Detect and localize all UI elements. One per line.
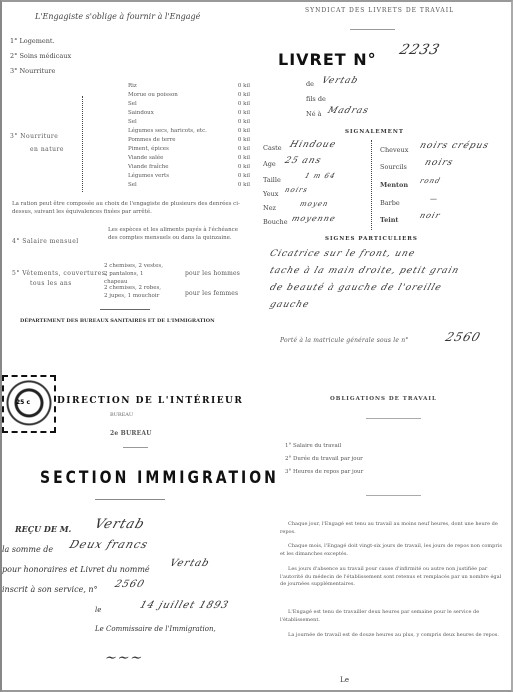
- commissaire-label: Le Commissaire de l'Immigration,: [95, 625, 216, 633]
- direction-heading: DIRECTION DE L'INTÉRIEUR: [57, 396, 243, 406]
- engagiste-title: L'Engagiste s'oblige à fournir à l'Engag…: [35, 12, 200, 21]
- obligation-paragraph: Chaque mois, l'Engagé doit vingt-six jou…: [280, 543, 505, 558]
- obligations-title: OBLIGATIONS DE TRAVAIL: [330, 396, 437, 402]
- clothing-men-for: pour les hommes: [185, 270, 240, 277]
- bureau-subline: BUREAU: [110, 412, 133, 418]
- signes-line: Cicatrice sur le front, une: [268, 249, 416, 259]
- signalement-divider: [371, 140, 372, 230]
- recu-value: Vertab: [93, 517, 147, 532]
- signes-line: gauche: [268, 300, 310, 310]
- ration-row: Saindoux0 kil: [110, 110, 250, 116]
- inscrit-label: inscrit à son service, n°: [2, 585, 98, 594]
- bureau-heading: 2e BUREAU: [110, 430, 152, 437]
- taille-value: 1 m 64: [304, 172, 337, 180]
- ration-row: Viande salée0 kil: [110, 155, 250, 161]
- honoraires-value: Vertab: [168, 558, 211, 569]
- livret-label: LIVRET N°: [278, 50, 377, 69]
- item-soins: 2° Soins médicaux: [10, 52, 71, 60]
- fils-de-label: fils de: [306, 95, 326, 103]
- ration-row: Sel0 kil: [110, 182, 250, 188]
- obligation-paragraph: Les jours d'absence au travail pour caus…: [280, 566, 505, 589]
- sourcils-label: Sourcils: [380, 163, 407, 171]
- barbe-label: Barbe: [380, 199, 400, 207]
- cheveux-label: Cheveux: [380, 146, 408, 154]
- ration-note: La ration peut être composée au choix de…: [12, 200, 252, 216]
- divider: [100, 309, 150, 310]
- recu-label: REÇU DE M.: [15, 524, 71, 534]
- obligation-item: 1° Salaire du travail: [285, 443, 341, 449]
- ration-row: Légumes verts0 kil: [110, 173, 250, 179]
- signes-line: de beauté à gauche de l'oreille: [268, 283, 443, 293]
- somme-label: la somme de: [2, 545, 53, 554]
- clothing-men: 2 chemises, 2 vestes, 2 pantalons, 1 cha…: [104, 262, 164, 286]
- ration-row: Viande fraîche0 kil: [110, 164, 250, 170]
- ne-a-value: Madras: [326, 106, 370, 116]
- commissaire-signature: ~~~: [102, 650, 145, 666]
- ration-row: Pommes de terre0 kil: [110, 137, 250, 143]
- divider: [350, 29, 395, 30]
- sourcils-value: noirs: [423, 158, 454, 168]
- de-label: de: [306, 80, 314, 88]
- syndicat-header: SYNDICAT DES LIVRETS DE TRAVAIL: [305, 7, 454, 14]
- stamp-value: 25 c: [16, 399, 30, 406]
- obligation-item: 2° Durée du travail par jour: [285, 456, 363, 462]
- somme-value: Deux francs: [68, 538, 150, 551]
- item-logement: 1° Logement.: [10, 37, 55, 45]
- yeux-label: Yeux: [263, 190, 278, 198]
- section-immigration-title: SECTION IMMIGRATION: [40, 468, 279, 487]
- clothing-women-for: pour les femmes: [185, 290, 238, 297]
- menton-value: rond: [419, 177, 442, 185]
- nez-label: Nez: [263, 204, 276, 212]
- clothing-freq: tous les ans: [30, 280, 72, 287]
- taille-label: Taille: [263, 176, 281, 184]
- menton-label: Menton: [380, 181, 408, 189]
- en-nature-label: en nature: [30, 146, 64, 153]
- date-value: 14 juillet 1893: [138, 600, 230, 611]
- ration-row: Sel0 kil: [110, 119, 250, 125]
- caste-label: Caste: [263, 144, 282, 152]
- divider: [123, 447, 148, 448]
- obligation-item: 3° Heures de repos par jour: [285, 469, 363, 475]
- signalement-heading: SIGNALEMENT: [345, 129, 404, 135]
- ration-row: Piment, épices0 kil: [110, 146, 250, 152]
- inscrit-value: 2560: [113, 579, 146, 590]
- footer-caps: DÉPARTEMENT DES BUREAUX SANITAIRES ET DE…: [20, 318, 215, 324]
- matricule-label: Porté à la matricule générale sous le n°: [280, 337, 409, 344]
- page-marker: Le: [340, 676, 349, 684]
- caste-value: Hindoue: [288, 140, 337, 150]
- clothing-label: 5° Vêtements, couvertures,: [12, 270, 108, 277]
- livret-number: 2233: [397, 42, 442, 58]
- divider: [366, 418, 421, 419]
- postage-stamp: 25 c: [2, 375, 56, 433]
- age-value: 25 ans: [283, 156, 322, 166]
- salary-text: Les espèces et les aliments payés à l'éc…: [108, 226, 248, 242]
- teint-label: Teint: [380, 216, 398, 224]
- bracket-line: [82, 96, 83, 192]
- salary-label: 4° Salaire mensuel: [12, 238, 79, 245]
- ration-row: Sel0 kil: [110, 101, 250, 107]
- obligation-paragraph: L'Engagé est tenu de travailler deux heu…: [280, 609, 505, 624]
- obligation-paragraph: La journée de travail est de douze heure…: [280, 632, 505, 640]
- signes-line: tache à la main droite, petit grain: [268, 266, 460, 276]
- bouche-label: Bouche: [263, 218, 288, 226]
- ne-a-label: Né à: [306, 110, 321, 118]
- yeux-value: noirs: [284, 186, 310, 194]
- ration-row: Légumes secs, haricots, etc.0 kil: [110, 128, 250, 134]
- bouche-value: moyenne: [291, 214, 338, 223]
- date-label: le: [95, 606, 101, 614]
- signes-heading: SIGNES PARTICULIERS: [325, 236, 418, 242]
- cheveux-value: noirs crépus: [418, 141, 490, 151]
- clothing-women: 2 chemises, 2 robes, 2 jupes, 1 mouchoir: [104, 284, 164, 300]
- nourriture-label: 3° Nourriture: [10, 133, 58, 140]
- ration-row: Morue ou poisson0 kil: [110, 92, 250, 98]
- nez-value: moyen: [299, 200, 330, 208]
- teint-value: noir: [419, 211, 442, 220]
- divider: [366, 495, 421, 496]
- age-label: Age: [263, 160, 276, 168]
- item-nourriture: 3° Nourriture: [10, 67, 55, 75]
- ration-row: Riz0 kil: [110, 83, 250, 89]
- divider: [95, 499, 165, 500]
- honoraires-label: pour honoraires et Livret du nommé: [2, 565, 150, 574]
- obligation-paragraph: Chaque jour, l'Engagé est tenu au travai…: [280, 521, 505, 536]
- matricule-value: 2560: [444, 330, 483, 344]
- de-value: Vertab: [320, 76, 359, 86]
